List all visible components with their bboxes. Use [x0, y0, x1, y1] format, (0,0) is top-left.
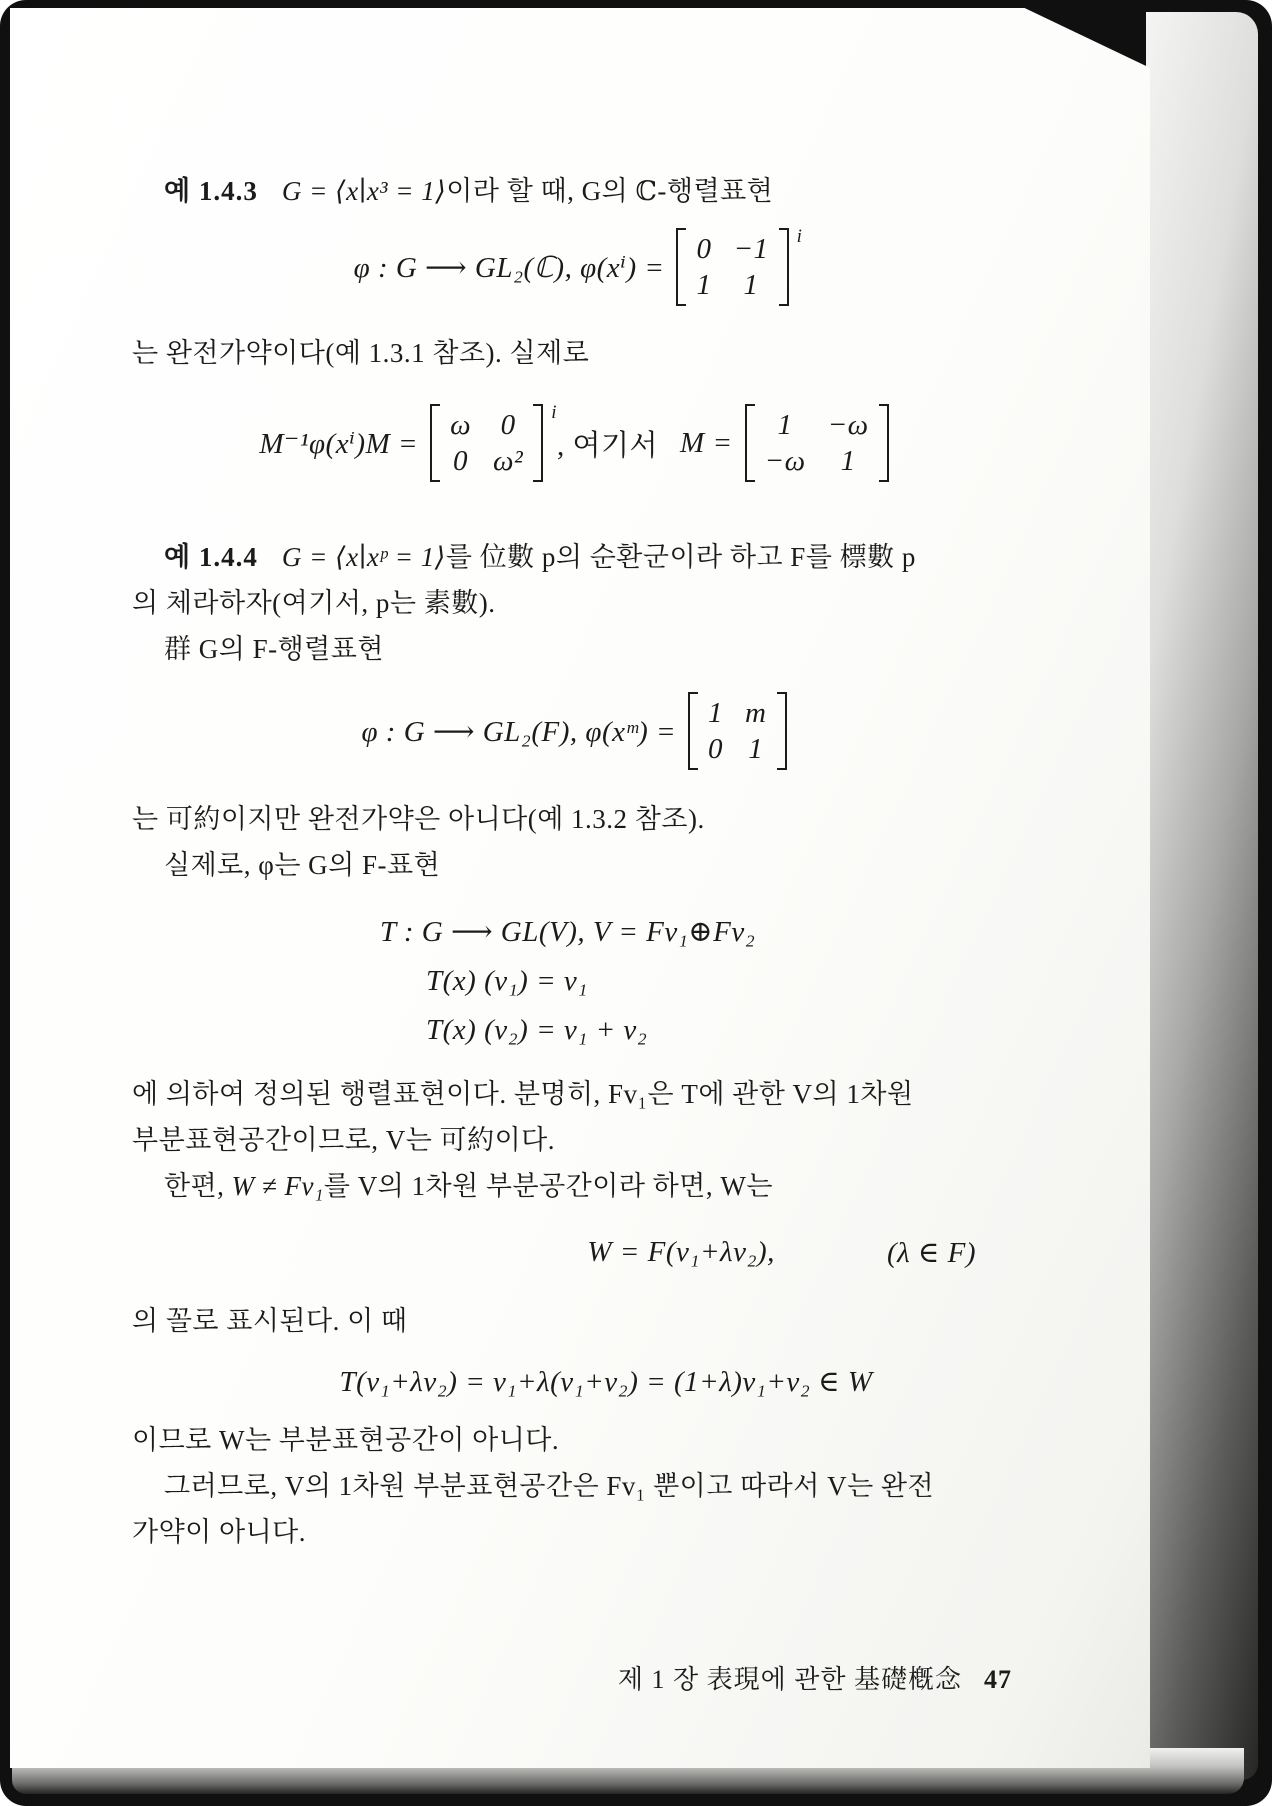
formula-phi-gl2f: φ : G ⟶ GL₂(F), φ(xᵐ) = 1 m 0 1	[132, 692, 1024, 770]
paragraph-w-not-subrep: 이므로 W는 부분표현공간이 아니다.	[132, 1417, 1024, 1463]
example-144-intro-text: 를 位數 p의 순환군이라 하고 F를 標數 p	[446, 542, 916, 572]
paragraph-form-expressed: 의 꼴로 표시된다. 이 때	[132, 1298, 1024, 1344]
matrix-cell: ω	[450, 407, 471, 443]
formula-t-line1: T : G ⟶ GL(V), V = Fv₁⊕Fv₂	[380, 908, 1024, 957]
example-143-label: 예 1.4.3	[164, 176, 258, 206]
page-stack-edge-right	[1146, 12, 1258, 1780]
matrix-cells: ω 0 0 ω²	[440, 404, 533, 482]
matrix-cell: ω²	[493, 443, 523, 479]
example-144-intro-line2: 의 체라하자(여기서, p는 素數).	[132, 580, 1024, 626]
example-143-relation: G = ⟨x∣x³ = 1⟩	[282, 176, 446, 206]
matrix-cells: 0 −1 1 1	[686, 228, 778, 306]
page-footer: 제 1 장 表現에 관한 基礎槪念47	[132, 1659, 1024, 1696]
paragraph-w-subspace-text2: 를 V의 1차원 부분공간이라 하면, W는	[324, 1171, 773, 1201]
example-144-label: 예 1.4.4	[164, 542, 258, 572]
matrix-cell: 0	[708, 731, 723, 767]
paragraph-w-subspace-math: W ≠ Fv₁	[232, 1171, 324, 1201]
matrix-cells: 1 m 0 1	[698, 692, 776, 770]
formula-w-span-condition: (λ ∈ F)	[887, 1235, 976, 1270]
formula-conjugation: M⁻¹φ(xⁱ)M = ω 0 0 ω² i , 여기서 M =	[132, 404, 1024, 482]
example-143-heading: 예 1.4.3G = ⟨x∣x³ = 1⟩이라 할 때, G의 ℂ-행렬표현	[132, 168, 1024, 214]
page-content: 예 1.4.3G = ⟨x∣x³ = 1⟩이라 할 때, G의 ℂ-행렬표현 φ…	[10, 8, 1150, 1696]
formula-phi-gl2c-lhs: φ : G ⟶ GL₂(ℂ), φ(xⁱ) =	[354, 250, 665, 285]
scanned-book: 예 1.4.3G = ⟨x∣x³ = 1⟩이라 할 때, G의 ℂ-행렬표현 φ…	[0, 0, 1272, 1806]
formula-conjugation-m-equals: M =	[680, 427, 732, 460]
paragraph-w-subspace: 한편, W ≠ Fv₁를 V의 1차원 부분공간이라 하면, W는	[132, 1163, 1024, 1209]
matrix-cell: m	[745, 695, 766, 731]
paragraph-conclusion-line2: 가약이 아니다.	[132, 1509, 1024, 1555]
matrix-bracket-left	[430, 404, 440, 482]
footer-chapter-title: 제 1 장 表現에 관한 基礎槪念	[618, 1665, 962, 1694]
matrix-cell: −ω	[828, 407, 869, 443]
formula-t-line3: T(x) (v₂) = v₁ + v₂	[426, 1006, 1024, 1055]
formula-conjugation-mid-text: , 여기서	[557, 423, 658, 464]
formula-t-action: T(v₁+λv₂) = v₁+λ(v₁+v₂) = (1+λ)v₁+v₂ ∈ W	[160, 1364, 1052, 1399]
example-144-line3: 群 G의 F-행렬표현	[132, 626, 1024, 672]
book-page: 예 1.4.3G = ⟨x∣x³ = 1⟩이라 할 때, G의 ℂ-행렬표현 φ…	[10, 8, 1150, 1768]
matrix-bracket-right	[533, 404, 543, 482]
example-143-intro-text: 이라 할 때, G의 ℂ-행렬표현	[446, 176, 773, 206]
paragraph-defined-representation-line2: 부분표현공간이므로, V는 可約이다.	[132, 1117, 1024, 1163]
formula-w-span-expression: W = F(v₁+λv₂),	[587, 1236, 775, 1269]
matrix-cell: −ω	[765, 443, 806, 479]
example-144-after2: 실제로, φ는 G의 F-표현	[132, 842, 1024, 888]
formula-conjugation-lhs: M⁻¹φ(xⁱ)M =	[259, 426, 418, 461]
paragraph-conclusion-line1: 그러므로, V의 1차원 부분표현공간은 Fv₁ 뿐이고 따라서 V는 완전	[132, 1463, 1024, 1509]
matrix-exponent: i	[551, 402, 557, 424]
formula-t-action-expression: T(v₁+λv₂) = v₁+λ(v₁+v₂) = (1+λ)v₁+v₂ ∈ W	[339, 1364, 872, 1399]
matrix-bracket-left	[688, 692, 698, 770]
paragraph-defined-representation-line1: 에 의하여 정의된 행렬표현이다. 분명히, Fv₁은 T에 관한 V의 1차원	[132, 1071, 1024, 1117]
example-143-after-text: 는 완전가약이다(예 1.3.1 참조). 실제로	[132, 330, 1024, 376]
matrix-cells: 1 −ω −ω 1	[755, 404, 879, 482]
footer-page-number: 47	[984, 1665, 1012, 1694]
matrix-bracket-left	[745, 404, 755, 482]
matrix-bracket-right	[777, 692, 787, 770]
formula-w-span: W = F(v₁+λv₂), (λ ∈ F)	[132, 1235, 1024, 1270]
example-144-heading: 예 1.4.4G = ⟨x∣xᵖ = 1⟩를 位數 p의 순환군이라 하고 F를…	[132, 534, 1024, 580]
matrix-cell: 0	[450, 443, 471, 479]
matrix-cell: 1	[733, 267, 768, 303]
formula-t-line2: T(x) (v₁) = v₁	[426, 957, 1024, 1006]
matrix-cell: 0	[696, 231, 711, 267]
matrix-2x2: ω 0 0 ω²	[430, 404, 543, 482]
matrix-exponent: i	[797, 226, 803, 248]
paragraph-w-subspace-text1: 한편,	[164, 1171, 224, 1201]
matrix-cell: −1	[733, 231, 768, 267]
matrix-cell: 1	[708, 695, 723, 731]
matrix-bracket-right	[779, 228, 789, 306]
matrix-cell: 1	[745, 731, 766, 767]
matrix-2x2: 1 −ω −ω 1	[745, 404, 889, 482]
matrix-2x2: 1 m 0 1	[688, 692, 786, 770]
formula-phi-gl2f-lhs: φ : G ⟶ GL₂(F), φ(xᵐ) =	[362, 714, 677, 749]
formula-phi-gl2c: φ : G ⟶ GL₂(ℂ), φ(xⁱ) = 0 −1 1 1 i	[132, 228, 1024, 306]
matrix-cell: 1	[828, 443, 869, 479]
matrix-2x2: 0 −1 1 1	[676, 228, 788, 306]
matrix-bracket-left	[676, 228, 686, 306]
matrix-cell: 0	[493, 407, 523, 443]
matrix-cell: 1	[765, 407, 806, 443]
matrix-cell: 1	[696, 267, 711, 303]
example-144-relation: G = ⟨x∣xᵖ = 1⟩	[282, 542, 446, 572]
example-144-after1: 는 可約이지만 완전가약은 아니다(예 1.3.2 참조).	[132, 796, 1024, 842]
matrix-bracket-right	[879, 404, 889, 482]
formula-t-representation: T : G ⟶ GL(V), V = Fv₁⊕Fv₂ T(x) (v₁) = v…	[380, 908, 1024, 1055]
